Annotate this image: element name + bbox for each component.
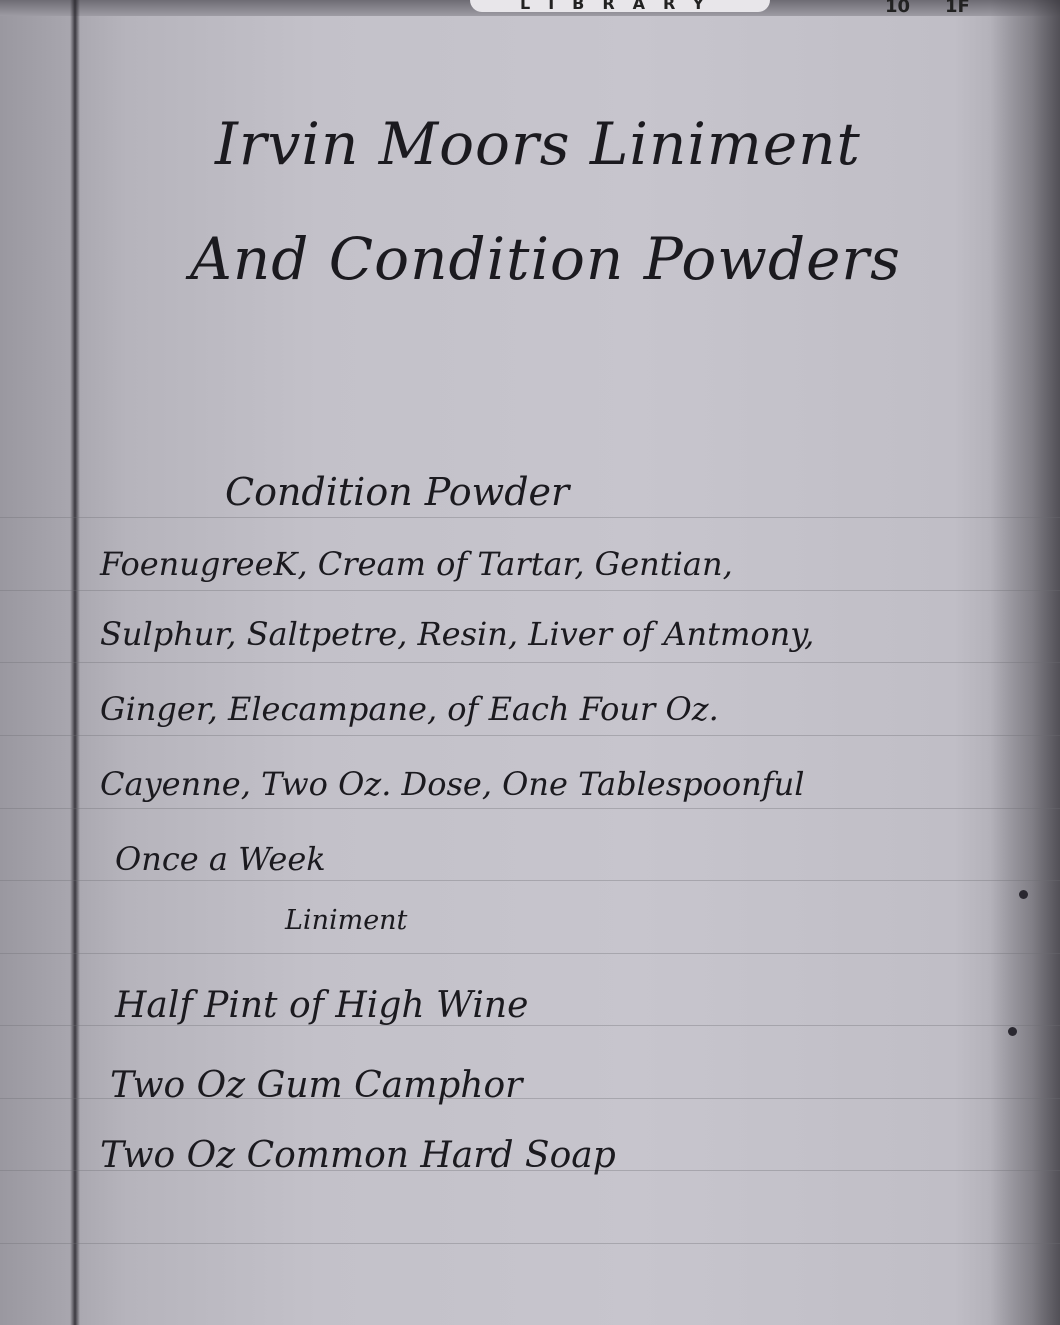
- liniment-line: Half Pint of High Wine: [115, 985, 528, 1026]
- top-number-2: 1F: [945, 0, 970, 17]
- ruled-line: [0, 953, 1060, 954]
- ink-spot: [1019, 890, 1028, 899]
- liniment-line: Two Oz Gum Camphor: [110, 1065, 522, 1106]
- ruled-line: [0, 1243, 1060, 1244]
- title-line-1: Irvin Moors Liniment: [215, 110, 861, 178]
- ruled-line: [0, 880, 1060, 881]
- ruled-line: [0, 735, 1060, 736]
- tape-label-text: LIBRARY: [520, 0, 722, 13]
- document-photo: LIBRARY 10 1F Irvin Moors Liniment And C…: [0, 0, 1060, 1325]
- ruled-line: [0, 662, 1060, 663]
- liniment-heading: Liniment: [285, 905, 407, 936]
- ink-spot: [1008, 1027, 1017, 1036]
- recipe-line: Cayenne, Two Oz. Dose, One Tablespoonful: [100, 765, 804, 803]
- liniment-line: Two Oz Common Hard Soap: [100, 1135, 616, 1176]
- recipe-line: FoenugreeK, Cream of Tartar, Gentian,: [100, 545, 733, 583]
- recipe-line: Sulphur, Saltpetre, Resin, Liver of Antm…: [100, 615, 814, 653]
- ruled-line: [0, 808, 1060, 809]
- condition-powder-heading: Condition Powder: [225, 470, 569, 514]
- recipe-line: Once a Week: [115, 840, 326, 878]
- recipe-line: Ginger, Elecampane, of Each Four Oz.: [100, 690, 719, 728]
- ruled-line: [0, 590, 1060, 591]
- top-number-1: 10: [885, 0, 910, 17]
- ruled-line: [0, 517, 1060, 518]
- title-line-2: And Condition Powders: [190, 225, 901, 293]
